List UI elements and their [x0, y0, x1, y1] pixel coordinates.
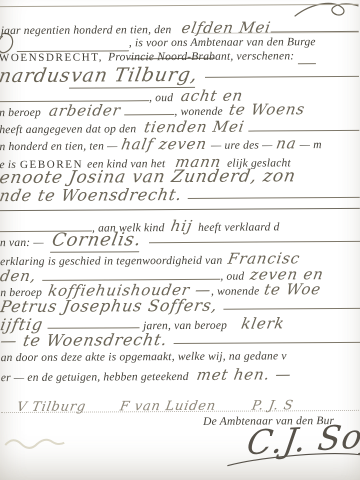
scan-content: jaar negentien honderd en tien, denelfde…	[0, 0, 360, 480]
handwritten-text: P. J. S	[251, 398, 295, 413]
ink-dash-rule	[188, 196, 360, 199]
line-hour: n honderd en tien, ten —half zeven— ure …	[0, 134, 359, 154]
handwritten-text: arbeider	[47, 101, 122, 119]
ink-dash-rule	[173, 341, 360, 344]
handwritten-text: half zeven	[120, 135, 209, 154]
handwritten-text: elfden Mei	[180, 18, 272, 37]
handwritten-text: nde te Woensdrecht.	[0, 185, 184, 205]
printed-text: — ure des —	[211, 139, 273, 151]
handwritten-text: tienden Mei	[143, 118, 246, 137]
printed-text: , wonende	[174, 106, 223, 118]
printed-text: n honderd en tien, ten —	[0, 140, 118, 153]
printed-text: jaar negentien honderd en tien, den	[1, 24, 172, 37]
bleed-through-mark	[5, 440, 64, 448]
line-witness2-residence: — te Woensdrecht.	[1, 329, 360, 349]
handwritten-text: met hen. —	[195, 365, 293, 384]
handwritten-text: te Woens	[227, 100, 306, 118]
registrar-signature: C.J. Soff	[244, 415, 360, 463]
line-father-name: nardus van Tilburg,	[0, 63, 359, 83]
handwritten-text: nardus	[0, 65, 72, 87]
handwritten-text: F van Luiden	[119, 399, 217, 415]
handwritten-text: van Tilburg,	[69, 64, 200, 89]
handwritten-text: na	[275, 134, 298, 152]
form-rule	[0, 208, 360, 211]
line-child-name: n van: —Cornelis.	[0, 228, 360, 248]
ink-dash-rule	[271, 30, 359, 33]
line-date: jaar negentien honderd en tien, denelfde…	[1, 18, 359, 38]
printed-text: er — en de getuigen, hebben geteekend	[1, 371, 189, 384]
printed-text: n van: —	[0, 237, 44, 249]
ink-dash-rule	[47, 326, 139, 329]
ink-dash-rule	[248, 129, 359, 132]
line-witness2-name: Petrus Josephus Soffers,	[0, 295, 360, 315]
printed-text: — m	[300, 139, 322, 151]
printed-text: heeft aangegeven dat op den	[0, 123, 136, 136]
handwritten-text: — te Woensdrecht.	[0, 330, 169, 350]
line-mother-residence: nde te Woensdrecht.	[0, 184, 360, 204]
line-closing-2: er — en de getuigen, hebben geteekendmet…	[1, 365, 360, 385]
printed-text: an door ons deze akte is opgemaakt, welk…	[1, 350, 287, 364]
printed-text: WOENSDRECHT,	[0, 51, 103, 64]
handwritten-text: V Tilburg	[16, 400, 87, 415]
line-mother-name: enoote Josina van Zunderd, zon	[0, 166, 360, 186]
ink-dash-rule	[205, 75, 359, 78]
ink-dash-rule	[124, 113, 174, 115]
document-page: jaar negentien honderd en tien, denelfde…	[0, 0, 360, 480]
printed-text: n beroep	[0, 107, 41, 119]
ink-dash-rule	[149, 240, 360, 243]
printed-text: Provincie Noord-Brabant, verschenen:	[108, 50, 294, 63]
ink-dash-rule	[224, 307, 360, 310]
printed-text: , is voor ons Ambtenaar van den Burge	[129, 36, 316, 49]
handwritten-text: Cornelis.	[50, 229, 143, 253]
form-rule	[0, 4, 359, 7]
